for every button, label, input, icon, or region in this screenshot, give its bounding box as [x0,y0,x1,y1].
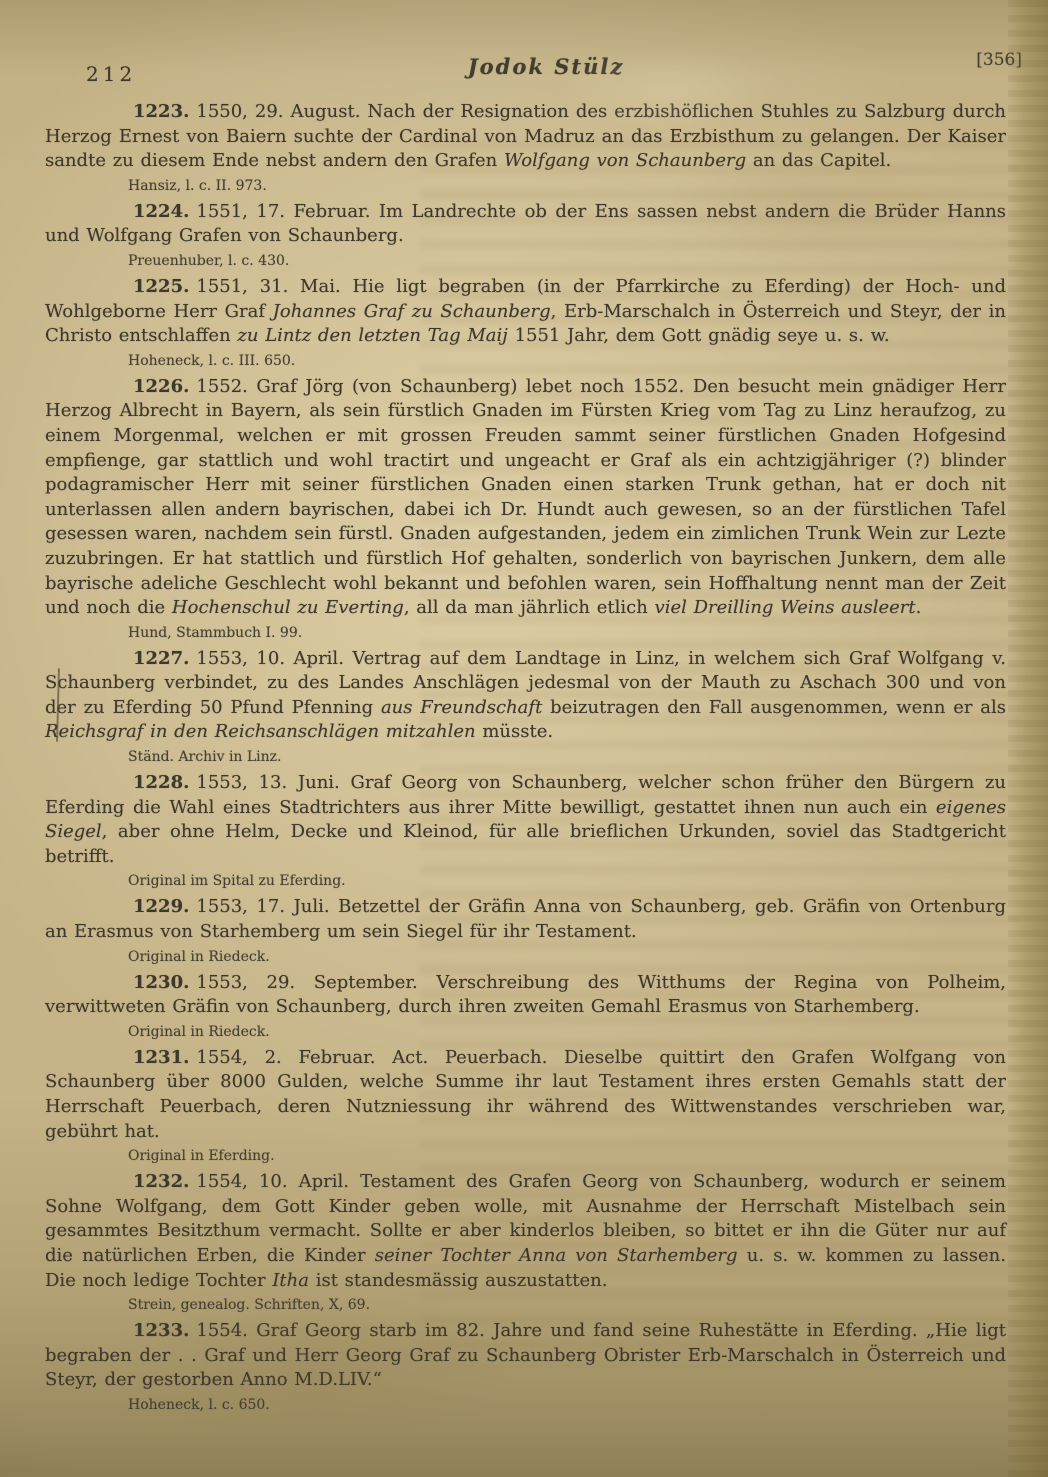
entry-citation: Original im Spital zu Eferding. [128,871,1006,891]
entry-body: 1553, 10. April. Vertrag auf dem Landtag… [45,648,1006,743]
entry-text: 1226.1552. Graf Jörg (von Schaunberg) le… [45,375,1006,621]
entry-body: 1553, 17. Juli. Betzettel der Gräfin Ann… [45,896,1006,942]
entry-number: 1230. [133,972,189,993]
entry-number: 1229. [133,896,189,917]
entry-citation: Original in Eferding. [128,1146,1006,1166]
entry-body: 1554, 10. April. Testament des Grafen Ge… [45,1171,1006,1290]
page-header: 212 Jodok Stülz [356] [0,0,1048,100]
regest-entry: 1230.1553, 29. September. Verschreibung … [45,971,1006,1042]
entry-citation: Original in Riedeck. [128,1022,1006,1042]
scanned-page: 212 Jodok Stülz [356] 1223.1550, 29. Aug… [0,0,1048,1477]
entry-body: 1552. Graf Jörg (von Schaunberg) lebet n… [45,376,1006,618]
entry-body: 1553, 29. September. Verschreibung des W… [45,972,1006,1018]
book-fore-edge [1008,0,1048,1477]
regest-entry: 1227.1553, 10. April. Vertrag auf dem La… [45,647,1006,767]
entry-number: 1225. [133,276,189,297]
entry-number: 1233. [133,1320,189,1341]
entry-citation: Hund, Stammbuch I. 99. [128,623,1006,643]
regest-entry: 1223.1550, 29. August. Nach der Resignat… [45,100,1006,196]
entry-body: 1553, 13. Juni. Graf Georg von Schaunber… [45,772,1006,867]
entry-citation: Hoheneck, l. c. 650. [128,1395,1006,1415]
entry-number: 1227. [133,648,189,669]
entry-body: 1554. Graf Georg starb im 82. Jahre und … [45,1320,1006,1390]
entry-body: 1551, 31. Mai. Hie ligt begraben (in der… [45,276,1006,346]
entry-citation: Preuenhuber, l. c. 430. [128,251,1006,271]
entry-number: 1232. [133,1171,189,1192]
entry-text: 1228.1553, 13. Juni. Graf Georg von Scha… [45,771,1006,869]
entry-text: 1232.1554, 10. April. Testament des Graf… [45,1170,1006,1293]
entry-citation: Hansiz, l. c. II. 973. [128,176,1006,196]
regest-entry: 1231.1554, 2. Februar. Act. Peuerbach. D… [45,1046,1006,1166]
entries-list: 1223.1550, 29. August. Nach der Resignat… [45,100,1006,1419]
entry-number: 1224. [133,201,189,222]
regest-entry: 1225.1551, 31. Mai. Hie ligt begraben (i… [45,275,1006,371]
entry-citation: Strein, genealog. Schriften, X, 69. [128,1295,1006,1315]
entry-text: 1229.1553, 17. Juli. Betzettel der Gräfi… [45,895,1006,944]
entry-number: 1228. [133,772,189,793]
entry-body: 1551, 17. Februar. Im Landrechte ob der … [45,201,1006,247]
entry-text: 1231.1554, 2. Februar. Act. Peuerbach. D… [45,1046,1006,1144]
entry-citation: Ständ. Archiv in Linz. [128,747,1006,767]
regest-entry: 1229.1553, 17. Juli. Betzettel der Gräfi… [45,895,1006,966]
entry-number: 1226. [133,376,189,397]
entry-body: 1550, 29. August. Nach der Resignation d… [45,101,1006,171]
entry-number: 1223. [133,101,189,122]
entry-citation: Hoheneck, l. c. III. 650. [128,351,1006,371]
regest-entry: 1226.1552. Graf Jörg (von Schaunberg) le… [45,375,1006,643]
regest-entry: 1232.1554, 10. April. Testament des Graf… [45,1170,1006,1315]
entry-text: 1233.1554. Graf Georg starb im 82. Jahre… [45,1319,1006,1393]
entry-number: 1231. [133,1047,189,1068]
regest-entry: 1228.1553, 13. Juni. Graf Georg von Scha… [45,771,1006,891]
entry-text: 1225.1551, 31. Mai. Hie ligt begraben (i… [45,275,1006,349]
entry-text: 1230.1553, 29. September. Verschreibung … [45,971,1006,1020]
entry-text: 1223.1550, 29. August. Nach der Resignat… [45,100,1006,174]
regest-entry: 1224.1551, 17. Februar. Im Landrechte ob… [45,200,1006,271]
regest-entry: 1233.1554. Graf Georg starb im 82. Jahre… [45,1319,1006,1415]
entry-text: 1227.1553, 10. April. Vertrag auf dem La… [45,647,1006,745]
entry-body: 1554, 2. Februar. Act. Peuerbach. Diesel… [45,1047,1006,1142]
entry-text: 1224.1551, 17. Februar. Im Landrechte ob… [45,200,1006,249]
running-title: Jodok Stülz [22,54,1048,79]
entry-citation: Original in Riedeck. [128,947,1006,967]
